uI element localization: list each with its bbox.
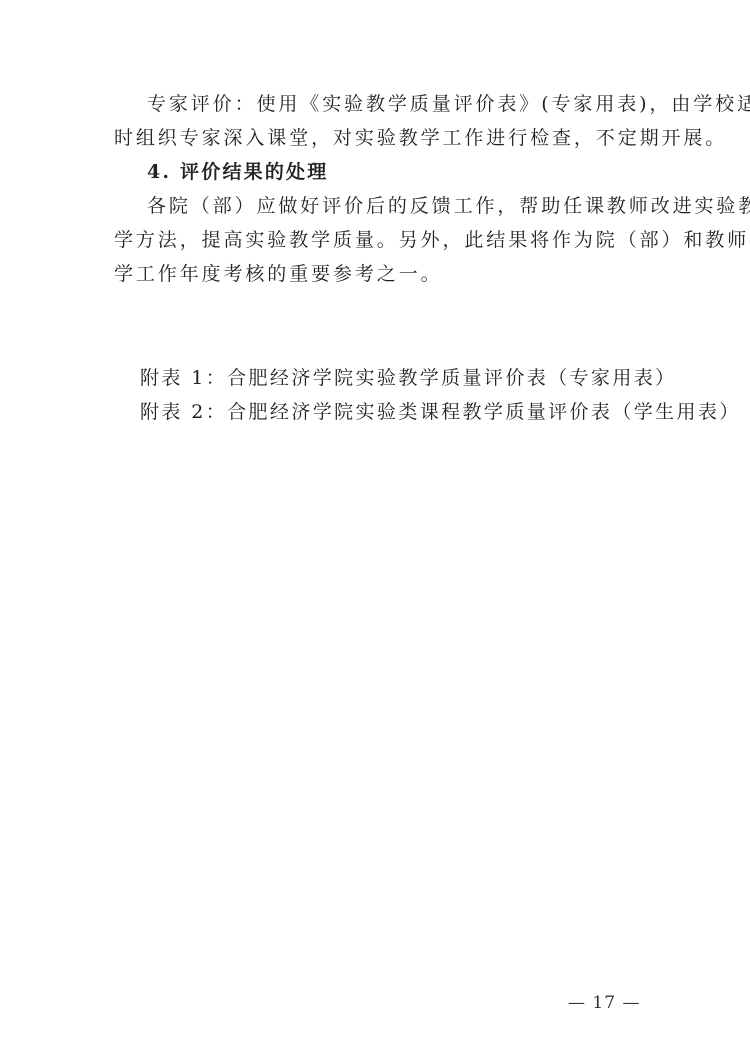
attachment-1: 附表 1：合肥经济学院实验教学质量评价表（专家用表）	[140, 366, 677, 390]
attachment-2: 附表 2：合肥经济学院实验类课程教学质量评价表（学生用表）	[140, 400, 741, 424]
paragraph-feedback-line-2: 学方法，提高实验教学质量。另外，此结果将作为院（部）和教师教	[114, 228, 750, 252]
paragraph-feedback-line-1: 各院（部）应做好评价后的反馈工作，帮助任课教师改进实验教	[147, 194, 750, 218]
paragraph-expert-evaluation-line-2: 时组织专家深入课堂，对实验教学工作进行检查，不定期开展。	[114, 126, 727, 150]
document-page: 专家评价：使用《实验教学质量评价表》(专家用表)，由学校适 时组织专家深入课堂，…	[0, 0, 750, 1060]
section-heading-result-handling: 4. 评价结果的处理	[147, 160, 328, 184]
paragraph-feedback-line-3: 学工作年度考核的重要参考之一。	[114, 262, 443, 286]
paragraph-expert-evaluation-line-1: 专家评价：使用《实验教学质量评价表》(专家用表)，由学校适	[147, 92, 750, 116]
page-number: — 17 —	[568, 993, 640, 1013]
